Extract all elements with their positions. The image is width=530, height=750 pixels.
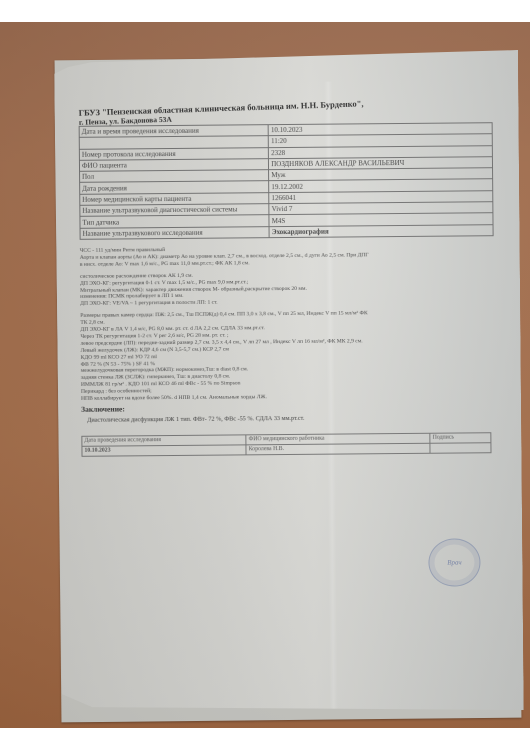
info-value: Эхокардиография	[269, 224, 493, 237]
signature-cell	[430, 442, 491, 453]
signature-table: Дата проведения исследования ФИО медицин…	[81, 432, 491, 456]
info-label: Название ультразвукового исследования	[80, 226, 269, 239]
signature-header: Подпись	[430, 433, 491, 443]
conclusion-title: Заключение:	[81, 401, 501, 414]
report-page: ГБУЗ "Пензенская областная клиническая б…	[54, 50, 524, 714]
findings-section: ЧСС - 111 уд/мин Ритм правильныйАорта и …	[80, 244, 501, 403]
document-photo: ГБУЗ "Пензенская областная клиническая б…	[0, 22, 530, 728]
report-content: ГБУЗ "Пензенская областная клиническая б…	[78, 104, 501, 456]
info-row: Название ультразвукового исследованияЭхо…	[80, 224, 493, 239]
doctor-stamp: Врач	[428, 538, 480, 586]
conclusion-text: Диастолическая дисфункция ЛЖ 1 тип. ФВт-…	[81, 413, 501, 424]
staff-name: Королева Н.В.	[246, 443, 430, 455]
patient-info-table: Дата и время проведения исследования10.1…	[79, 122, 494, 240]
study-date: 10.10.2023	[82, 444, 246, 455]
